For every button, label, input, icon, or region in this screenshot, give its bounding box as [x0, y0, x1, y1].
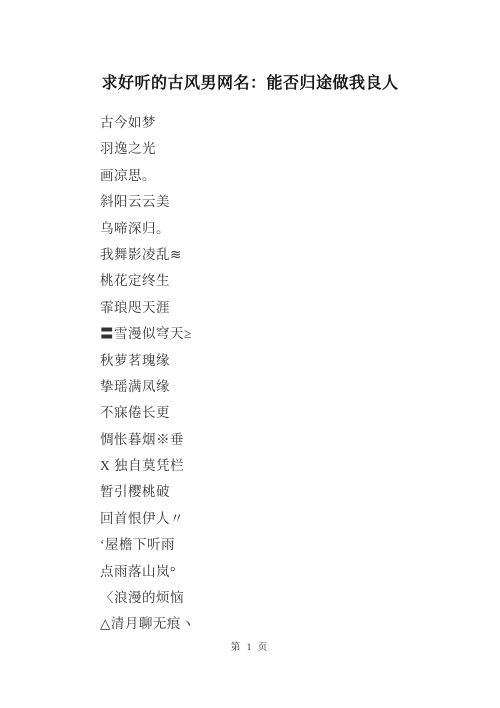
document-page: 求好听的古风男网名：能否归途做我良人 古今如梦 羽逸之光 画凉思。 斜阳云云美 …	[0, 0, 500, 708]
list-item: X 独自莫凭栏	[100, 453, 460, 479]
list-item: 画凉思。	[100, 163, 460, 189]
list-item: 乌啼深归。	[100, 216, 460, 242]
list-item: 暂引樱桃破	[100, 479, 460, 505]
name-list: 古今如梦 羽逸之光 画凉思。 斜阳云云美 乌啼深归。 我舞影凌乱≋ 桃花定终生 …	[100, 110, 460, 638]
list-item: 〓雪漫似穹天≥	[100, 321, 460, 347]
list-item: 斜阳云云美	[100, 189, 460, 215]
list-item: 〈浪漫的烦恼	[100, 585, 460, 611]
list-item: 古今如梦	[100, 110, 460, 136]
list-item: ‘屋檐下听雨	[100, 532, 460, 558]
list-item: 我舞影凌乱≋	[100, 242, 460, 268]
list-item: 惆怅暮烟※垂	[100, 427, 460, 453]
list-item: 挚瑶满凤缘	[100, 374, 460, 400]
list-item: 不寐倦长更	[100, 400, 460, 426]
list-item: 桃花定终生	[100, 268, 460, 294]
list-item: 秋萝茗瑰缘	[100, 348, 460, 374]
list-item: 羽逸之光	[100, 136, 460, 162]
page-title: 求好听的古风男网名：能否归途做我良人	[0, 70, 500, 93]
list-item: △清月聊无痕ヽ	[100, 611, 460, 637]
list-item: 霏琅咫天涯	[100, 295, 460, 321]
page-number: 第 1 页	[0, 641, 500, 655]
list-item: 回首恨伊人〃	[100, 506, 460, 532]
list-item: 点雨落山岚°	[100, 559, 460, 585]
